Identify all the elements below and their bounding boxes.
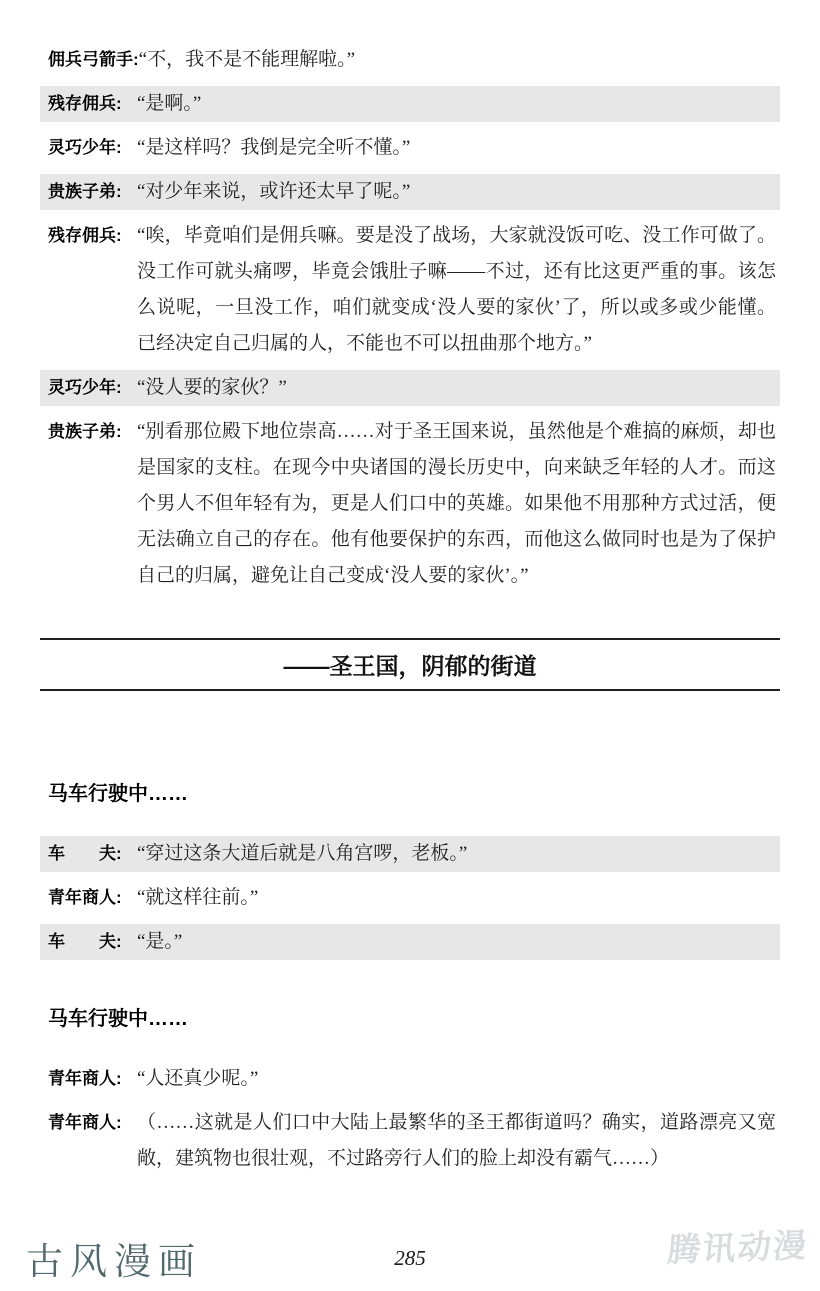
- speaker-label: 佣兵弓箭手:: [40, 42, 139, 78]
- dialogue-text: “没人要的家伙？”: [137, 370, 780, 406]
- speaker-label: 车 夫:: [40, 836, 137, 872]
- dialogue-row: 车 夫: “是。”: [40, 924, 780, 960]
- dialogue-row: 残存佣兵: “唉，毕竟咱们是佣兵嘛。要是没了战场，大家就没饭可吃、没工作可做了。…: [40, 218, 780, 362]
- dialogue-row: 贵族子弟: “别看那位殿下地位崇高……对于圣王国来说，虽然他是个难搞的麻烦，却也…: [40, 414, 780, 594]
- section-divider: ——圣王国，阴郁的街道: [40, 638, 780, 691]
- dialogue-block-2: 车 夫: “穿过这条大道后就是八角宫啰，老板。” 青年商人: “就这样往前。” …: [40, 836, 780, 960]
- dialogue-text: “不，我不是不能理解啦。”: [139, 42, 780, 78]
- tencent-comics-watermark: 腾讯动漫: [666, 1220, 811, 1272]
- dialogue-text: “别看那位殿下地位崇高……对于圣王国来说，虽然他是个难搞的麻烦，却也是国家的支柱…: [137, 414, 780, 594]
- dialogue-text: “唉，毕竟咱们是佣兵嘛。要是没了战场，大家就没饭可吃、没工作可做了。没工作可就头…: [137, 218, 780, 362]
- speaker-label: 残存佣兵:: [40, 86, 137, 122]
- speaker-label: 残存佣兵:: [40, 218, 137, 362]
- page-content: 佣兵弓箭手: “不，我不是不能理解啦。” 残存佣兵: “是啊。” 灵巧少年: “…: [0, 0, 820, 1177]
- dialogue-block-3: 青年商人: “人还真少呢。” 青年商人: （……这就是人们口中大陆上最繁华的圣王…: [40, 1061, 780, 1177]
- dialogue-text: “对少年来说，或许还太早了呢。”: [137, 174, 780, 210]
- dialogue-row: 贵族子弟: “对少年来说，或许还太早了呢。”: [40, 174, 780, 210]
- dialogue-block-1: 佣兵弓箭手: “不，我不是不能理解啦。” 残存佣兵: “是啊。” 灵巧少年: “…: [40, 42, 780, 594]
- dialogue-text: “就这样往前。”: [137, 880, 780, 916]
- speaker-label: 灵巧少年:: [40, 370, 137, 406]
- section-title: ——圣王国，阴郁的街道: [284, 653, 537, 679]
- dialogue-text: “人还真少呢。”: [137, 1061, 780, 1097]
- dialogue-row: 灵巧少年: “是这样吗？我倒是完全听不懂。”: [40, 130, 780, 166]
- dialogue-text: “是啊。”: [137, 86, 780, 122]
- dialogue-text: “是这样吗？我倒是完全听不懂。”: [137, 130, 780, 166]
- dialogue-row: 青年商人: “就这样往前。”: [40, 880, 780, 916]
- novel-script-page: 佣兵弓箭手: “不，我不是不能理解啦。” 残存佣兵: “是啊。” 灵巧少年: “…: [0, 0, 820, 1291]
- dialogue-row: 青年商人: “人还真少呢。”: [40, 1061, 780, 1097]
- scene-heading-1: 马车行驶中……: [40, 777, 780, 806]
- dialogue-text: （……这就是人们口中大陆上最繁华的圣王都街道吗？确实，道路漂亮又宽敞，建筑物也很…: [137, 1105, 780, 1177]
- speaker-label: 青年商人:: [40, 1105, 137, 1177]
- dialogue-row: 车 夫: “穿过这条大道后就是八角宫啰，老板。”: [40, 836, 780, 872]
- scene-heading-2: 马车行驶中……: [40, 1002, 780, 1031]
- dialogue-row: 青年商人: （……这就是人们口中大陆上最繁华的圣王都街道吗？确实，道路漂亮又宽敞…: [40, 1105, 780, 1177]
- speaker-label: 青年商人:: [40, 1061, 137, 1097]
- dialogue-text: “是。”: [137, 924, 780, 960]
- speaker-label: 贵族子弟:: [40, 414, 137, 594]
- speaker-label: 灵巧少年:: [40, 130, 137, 166]
- speaker-label: 贵族子弟:: [40, 174, 137, 210]
- dialogue-row: 残存佣兵: “是啊。”: [40, 86, 780, 122]
- dialogue-row: 灵巧少年: “没人要的家伙？”: [40, 370, 780, 406]
- speaker-label: 车 夫:: [40, 924, 137, 960]
- dialogue-text: “穿过这条大道后就是八角宫啰，老板。”: [137, 836, 780, 872]
- dialogue-row: 佣兵弓箭手: “不，我不是不能理解啦。”: [40, 42, 780, 78]
- speaker-label: 青年商人:: [40, 880, 137, 916]
